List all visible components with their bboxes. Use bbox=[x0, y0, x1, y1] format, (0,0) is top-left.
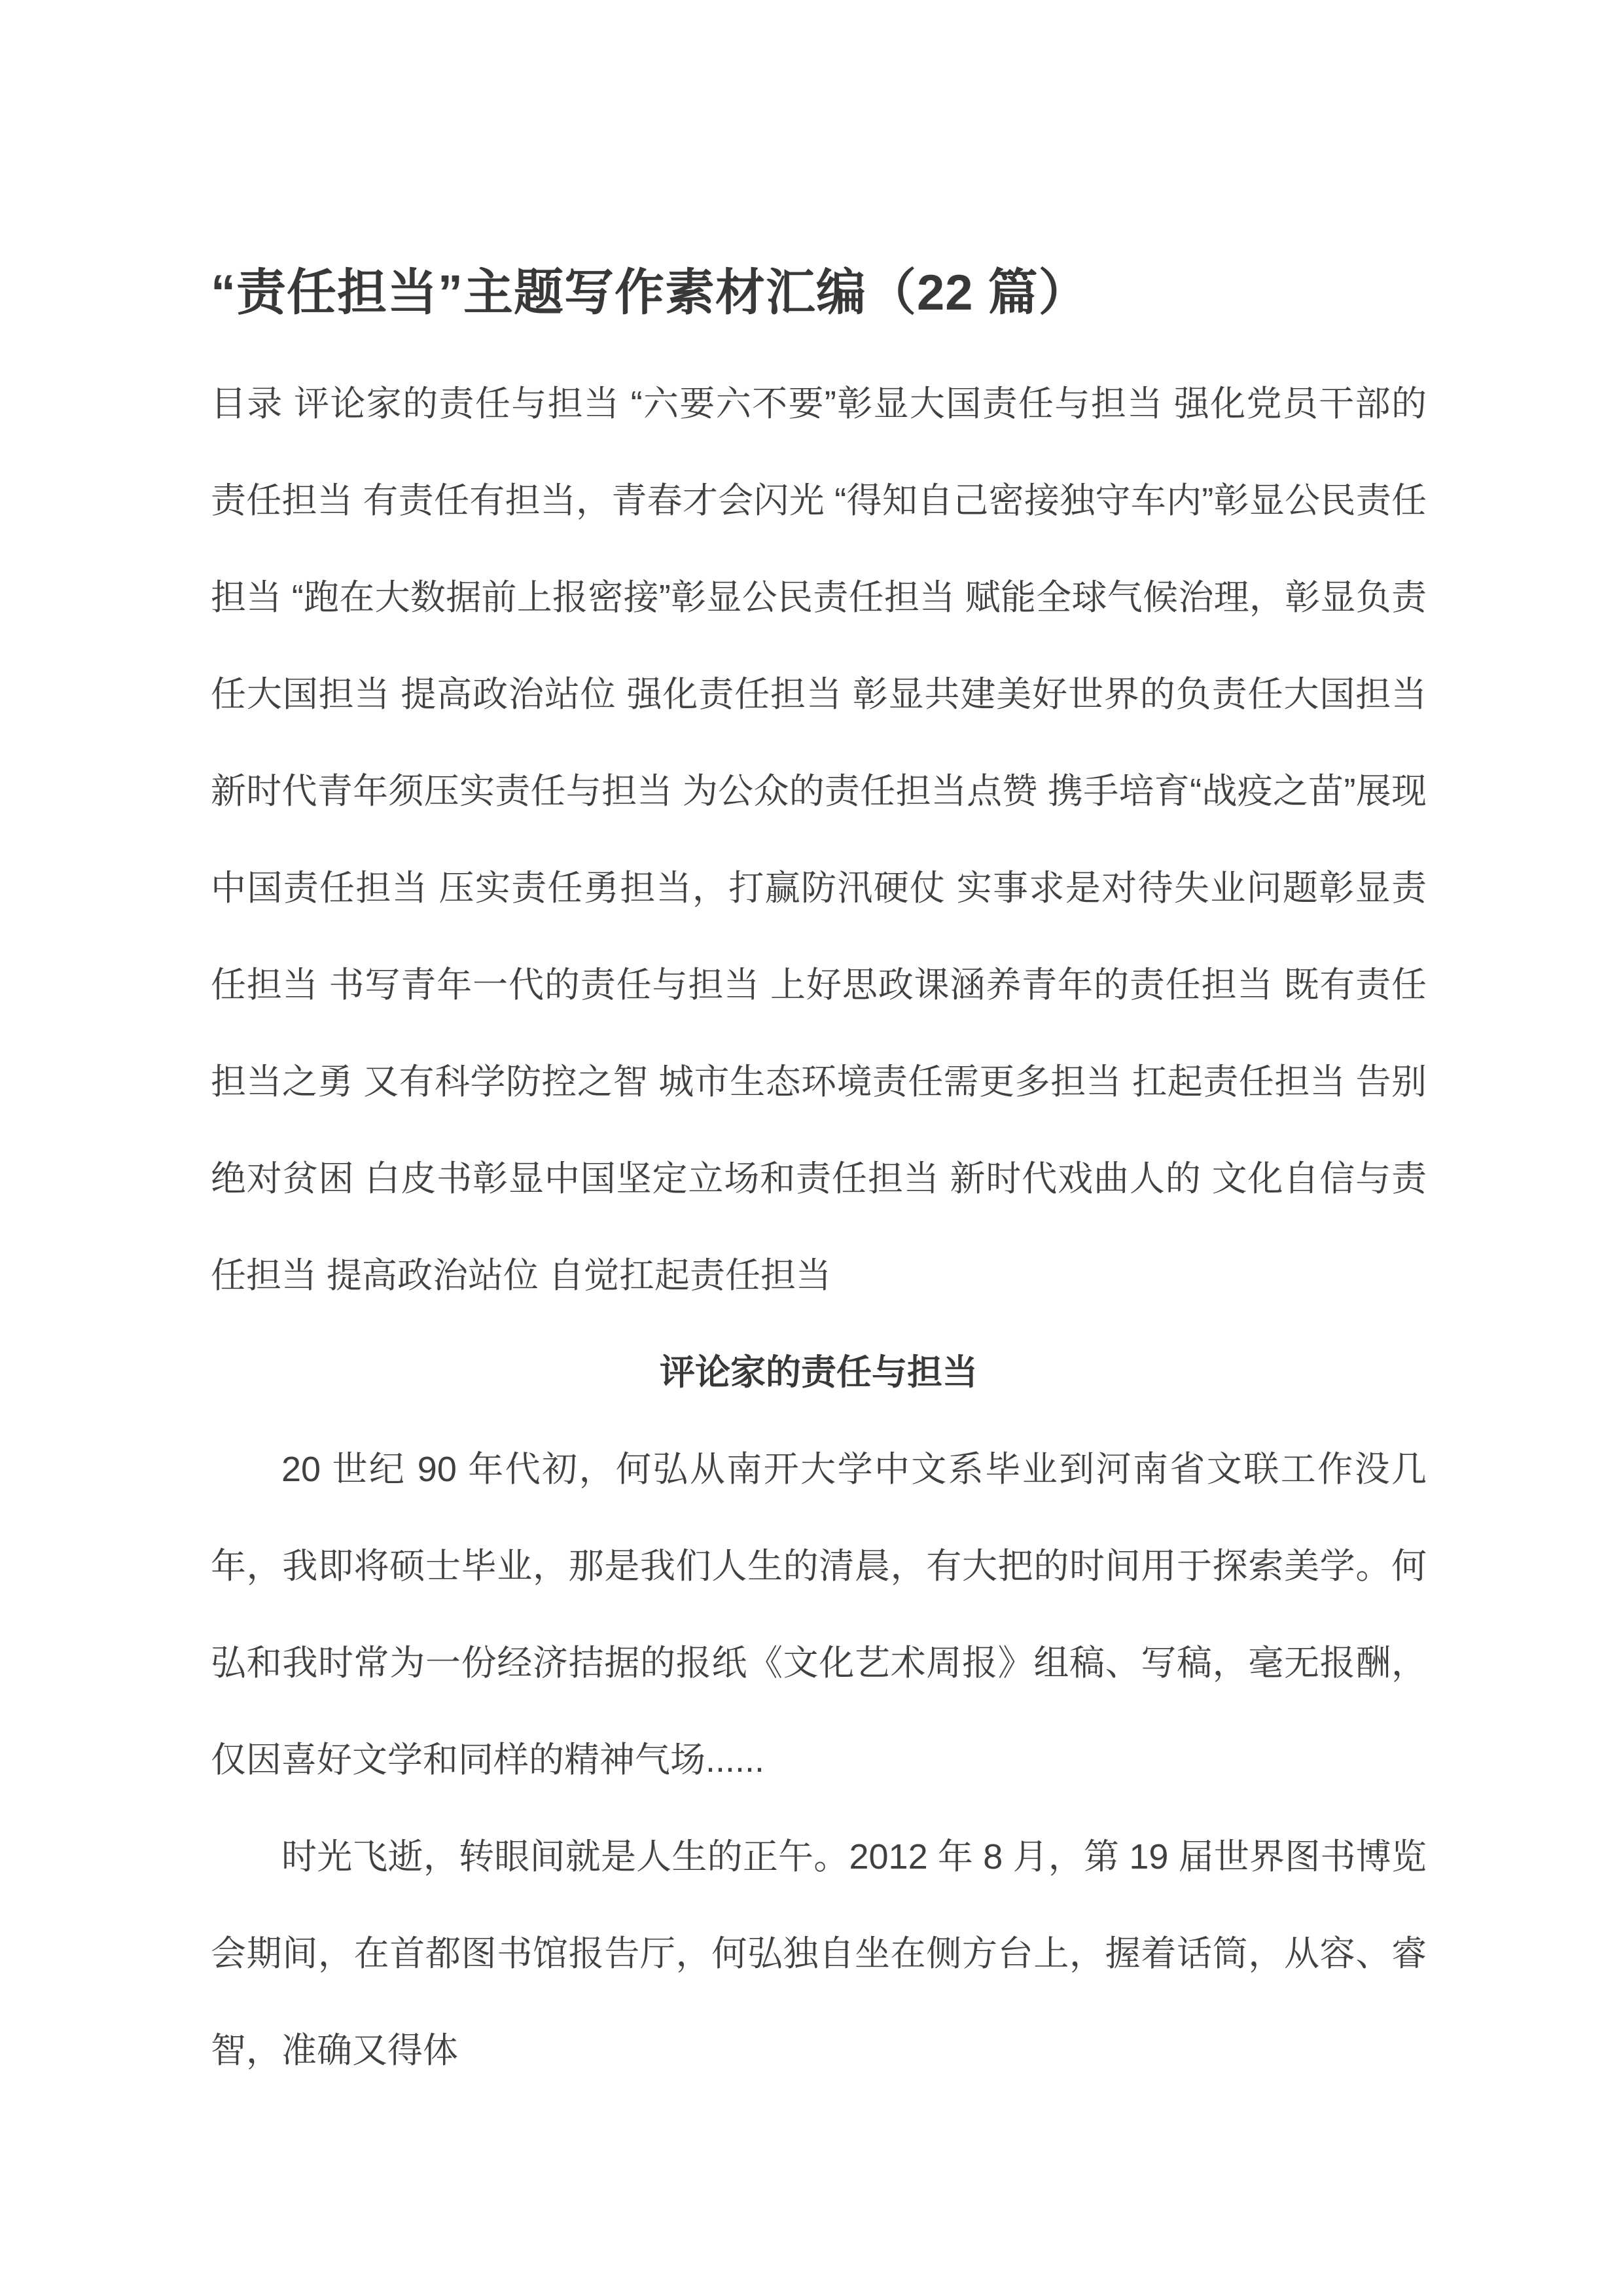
toc-paragraph: 目录 评论家的责任与担当 “六要六不要”彰显大国责任与担当 强化党员干部的责任担… bbox=[211, 355, 1427, 1324]
body-paragraph-2: 时光飞逝，转眼间就是人生的正午。2012 年 8 月，第 19 届世界图书博览会… bbox=[211, 1808, 1427, 2099]
section-heading: 评论家的责任与担当 bbox=[211, 1324, 1427, 1421]
document-title: “责任担当”主题写作素材汇编（22 篇） bbox=[211, 245, 1428, 342]
body-paragraph-1: 20 世纪 90 年代初，何弘从南开大学中文系毕业到河南省文联工作没几年，我即将… bbox=[211, 1421, 1427, 1808]
document-page: “责任担当”主题写作素材汇编（22 篇） 目录 评论家的责任与担当 “六要六不要… bbox=[0, 0, 1623, 2296]
